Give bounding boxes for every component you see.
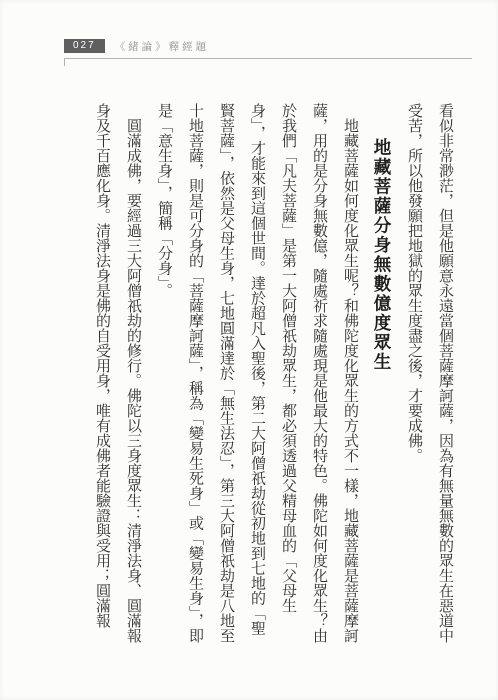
- section-heading: 地藏菩薩分身無數億度眾生: [365, 103, 398, 645]
- page-number-badge: 027: [64, 39, 105, 53]
- paragraph-intro: 看似非常渺茫，但是他願意永遠當個菩薩摩訶薩，因為有無量無數的眾生在惡道中受苦，所…: [398, 103, 460, 645]
- book-page: 027 《緒論》釋經題 看似非常渺茫，但是他願意永遠當個菩薩摩訶薩，因為有無量無…: [0, 0, 498, 700]
- header-rule: [64, 58, 472, 59]
- paragraph-closing: 圓滿成佛，要經過三大阿僧祇劫的修行。佛陀以三身度眾生：清淨法身、圓滿報身及千百應…: [86, 103, 148, 645]
- paragraph-body: 地藏菩薩如何度化眾生呢？和佛陀度化眾生的方式不一樣，地藏菩薩是菩薩摩訶薩，用的是…: [148, 103, 365, 645]
- running-head: 027 《緒論》釋經題: [64, 38, 472, 54]
- running-head-title: 《緒論》釋經題: [115, 39, 210, 54]
- vertical-text-block: 看似非常渺茫，但是他願意永遠當個菩薩摩訶薩，因為有無量無數的眾生在惡道中受苦，所…: [56, 103, 460, 645]
